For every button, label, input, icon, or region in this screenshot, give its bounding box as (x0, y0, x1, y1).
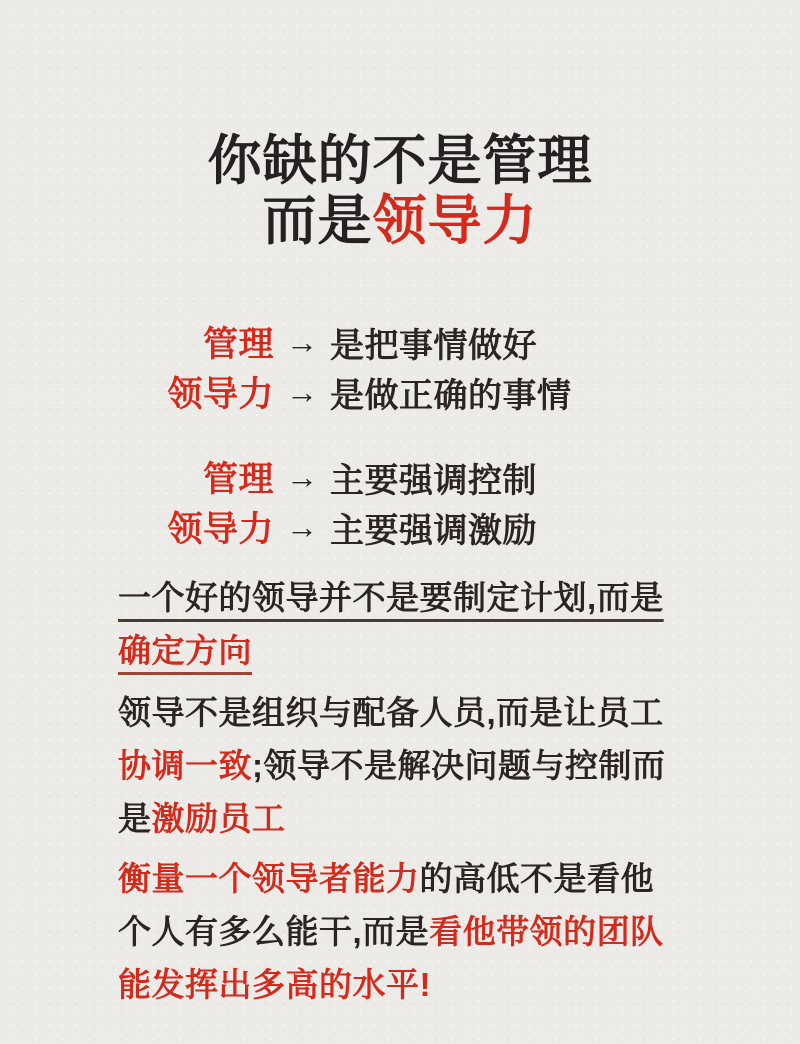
text-segment: 的高低不是看他 (420, 860, 655, 897)
arrow-icon: → (274, 509, 330, 546)
comparison-block-1: 管理 → 是把事情做好 领导力 → 是做正确的事情 (0, 317, 800, 417)
comparison-row: 管理 → 是把事情做好 (0, 317, 800, 367)
comparison-text: 是做正确的事情 (330, 368, 572, 417)
title-line-1-text: 你缺的不是管理 (208, 131, 593, 191)
page-title: 你缺的不是管理 而是领导力 (0, 131, 800, 251)
paragraph-alignment: 领导不是组织与配备人员,而是让员工 协调一致;领导不是解决问题与控制而 是激励员… (118, 686, 678, 845)
arrow-icon: → (274, 374, 330, 411)
arrow-icon: → (274, 459, 330, 496)
text-segment: 领导不是组织与配备人员,而是让员工 (118, 694, 664, 731)
arrow-icon: → (274, 324, 330, 361)
text-segment: 个人有多么能干,而是 (118, 913, 429, 950)
paragraph-measure: 衡量一个领导者能力的高低不是看他 个人有多么能干,而是看他带领的团队 能发挥出多… (118, 852, 678, 1011)
text-segment: 协调一致 (118, 747, 252, 784)
title-line-1: 你缺的不是管理 (0, 131, 800, 191)
title-line-2: 而是领导力 (0, 191, 800, 251)
comparison-label: 领导力 (0, 367, 274, 417)
title-line-2-black: 而是 (263, 191, 373, 251)
comparison-text: 主要强调控制 (330, 453, 537, 502)
comparison-label: 管理 (0, 452, 274, 502)
statement-line-1: 一个好的领导并不是要制定计划,而是 (118, 579, 664, 616)
comparison-label: 管理 (0, 317, 274, 367)
comparison-row: 领导力 → 主要强调激励 (0, 502, 800, 552)
text-segment: 是 (118, 800, 152, 837)
text-segment: 衡量一个领导者能力 (118, 860, 420, 897)
comparison-label: 领导力 (0, 502, 274, 552)
comparison-text: 主要强调激励 (330, 503, 537, 552)
leadership-poster: 你缺的不是管理 而是领导力 管理 → 是把事情做好 领导力 → 是做正确的事情 … (0, 0, 800, 1044)
text-segment: 看他带领的团队 (429, 913, 664, 950)
text-segment: 能发挥出多高的水平! (118, 966, 431, 1003)
underlined-statement: 一个好的领导并不是要制定计划,而是 确定方向 (118, 571, 678, 677)
text-segment: 激励员工 (152, 800, 286, 837)
comparison-row: 领导力 → 是做正确的事情 (0, 367, 800, 417)
text-segment: ;领导不是解决问题与控制而 (252, 747, 666, 784)
comparison-row: 管理 → 主要强调控制 (0, 452, 800, 502)
comparison-block-2: 管理 → 主要强调控制 领导力 → 主要强调激励 (0, 452, 800, 552)
comparison-text: 是把事情做好 (330, 318, 537, 367)
statement-line-2: 确定方向 (118, 632, 252, 669)
title-line-2-red: 领导力 (373, 191, 538, 251)
